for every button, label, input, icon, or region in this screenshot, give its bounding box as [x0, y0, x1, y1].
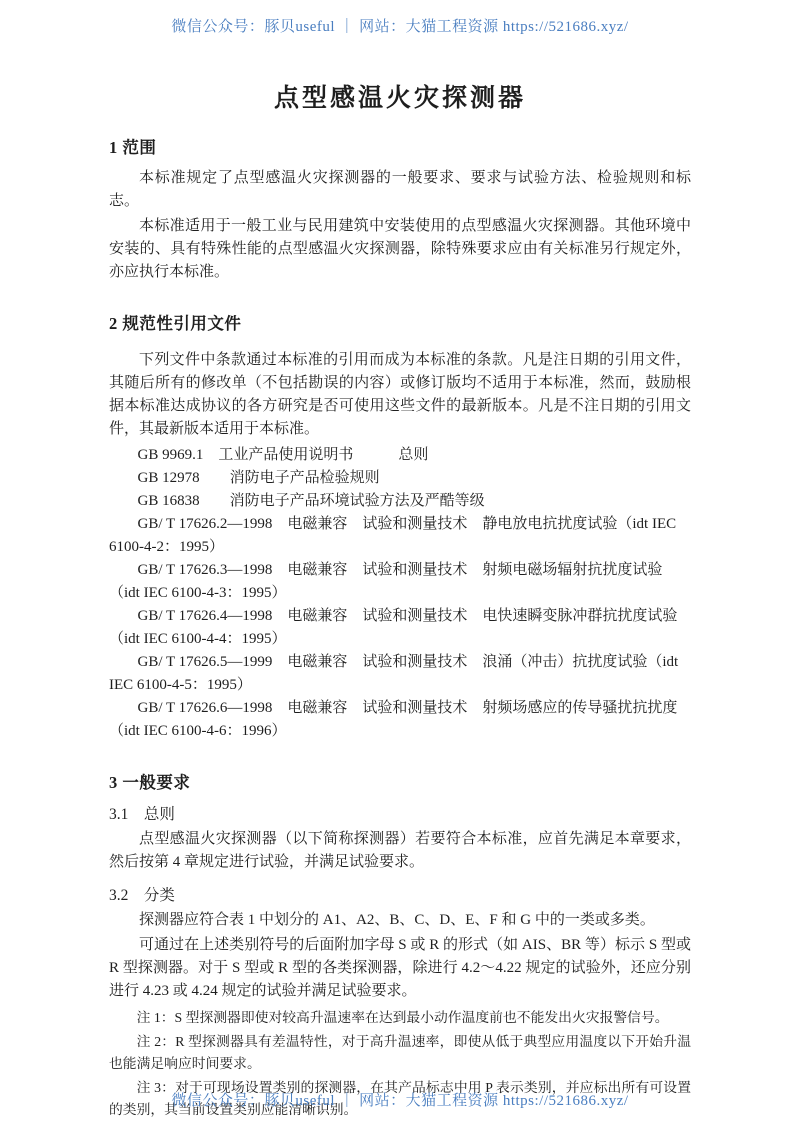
subsection-3-2-paragraph: 可通过在上述类别符号的后面附加字母 S 或 R 的形式（如 AIS、BR 等）标…: [109, 934, 691, 1003]
reference-item: GB/ T 17626.3—1998 电磁兼容 试验和测量技术 射频电磁场辐射抗…: [109, 559, 691, 605]
subsection-3-1-heading: 3.1 总则: [109, 804, 691, 826]
section-2-normative-references-heading: 2 规范性引用文件: [109, 310, 691, 334]
reference-item: GB/ T 17626.4—1998 电磁兼容 试验和测量技术 电快速瞬变脉冲群…: [109, 605, 691, 651]
subsection-3-1-paragraph: 点型感温火灾探测器（以下简称探测器）若要符合本标准，应首先满足本章要求，然后按第…: [109, 828, 691, 874]
section-1-scope-heading: 1 范围: [109, 134, 691, 158]
subsection-3-2-heading: 3.2 分类: [109, 885, 691, 907]
reference-item: GB/ T 17626.6—1998 电磁兼容 试验和测量技术 射频场感应的传导…: [109, 697, 691, 743]
page-title: 点型感温火灾探测器: [109, 78, 691, 114]
section-1-paragraph: 本标准规定了点型感温火灾探测器的一般要求、要求与试验方法、检验规则和标志。: [109, 167, 691, 213]
reference-item: GB/ T 17626.5—1999 电磁兼容 试验和测量技术 浪涌（冲击）抗扰…: [109, 651, 691, 697]
section-2-intro-paragraph: 下列文件中条款通过本标准的引用而成为本标准的条款。凡是注日期的引用文件，其随后所…: [109, 349, 691, 441]
section-3-general-requirements-heading: 3 一般要求: [109, 769, 691, 793]
section-1-paragraph: 本标准适用于一般工业与民用建筑中安装使用的点型感温火灾探测器。其他环境中安装的、…: [109, 215, 691, 284]
reference-item: GB 12978 消防电子产品检验规则: [109, 467, 691, 490]
reference-item: GB 16838 消防电子产品环境试验方法及严酷等级: [109, 490, 691, 513]
document-page: 微信公众号：豚贝useful ｜ 网站：大猫工程资源 https://52168…: [0, 0, 800, 1132]
reference-item: GB 9969.1 工业产品使用说明书 总则: [109, 444, 691, 467]
note-item: 注 2：R 型探测器具有差温特性，对于高升温速率，即使从低于典型应用温度以下开始…: [109, 1031, 691, 1075]
subsection-3-2-paragraph: 探测器应符合表 1 中划分的 A1、A2、B、C、D、E、F 和 G 中的一类或…: [109, 909, 691, 932]
reference-list: GB 9969.1 工业产品使用说明书 总则 GB 12978 消防电子产品检验…: [109, 444, 691, 743]
footer-watermark: 微信公众号：豚贝useful ｜ 网站：大猫工程资源 https://52168…: [0, 1089, 800, 1110]
header-watermark: 微信公众号：豚贝useful ｜ 网站：大猫工程资源 https://52168…: [0, 0, 800, 36]
note-item: 注 1：S 型探测器即使对较高升温速率在达到最小动作温度前也不能发出火灾报警信号…: [109, 1007, 691, 1029]
reference-item: GB/ T 17626.2—1998 电磁兼容 试验和测量技术 静电放电抗扰度试…: [109, 513, 691, 559]
document-content: 点型感温火灾探测器 1 范围 本标准规定了点型感温火灾探测器的一般要求、要求与试…: [109, 78, 691, 1121]
